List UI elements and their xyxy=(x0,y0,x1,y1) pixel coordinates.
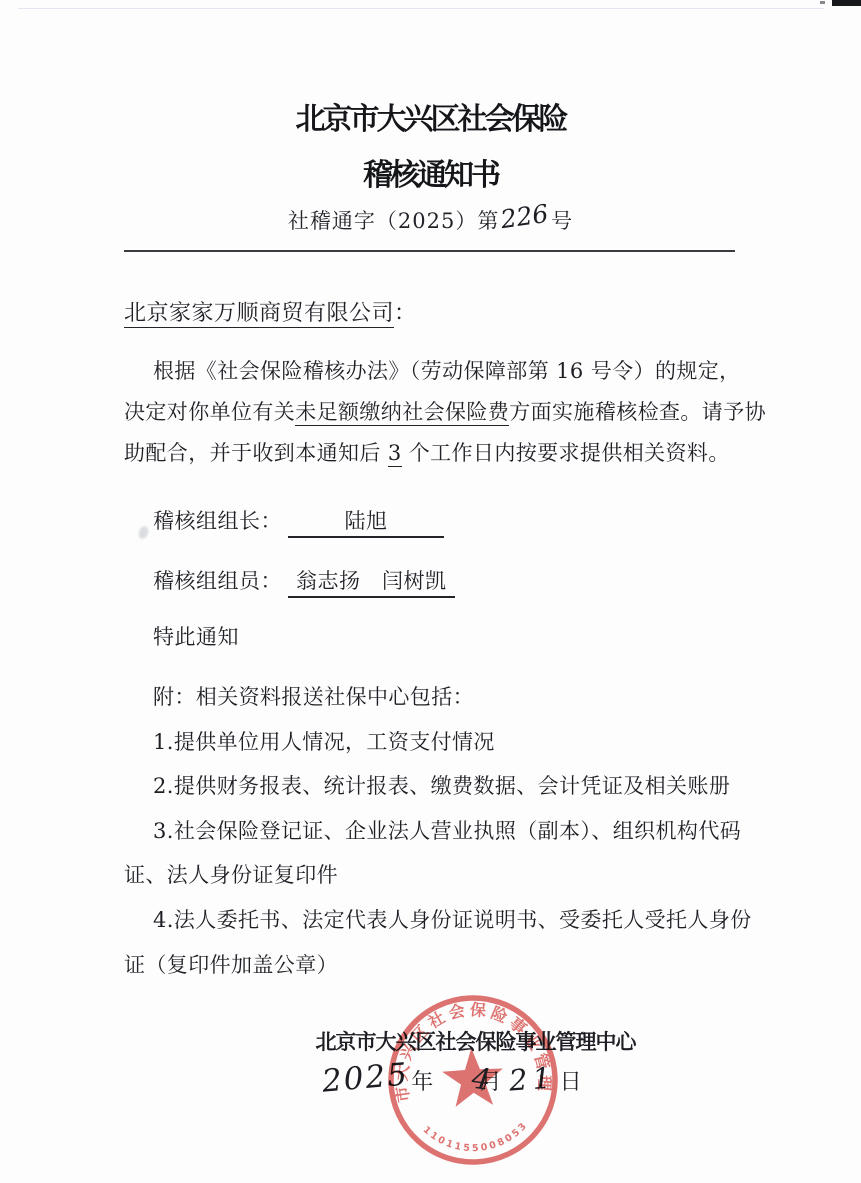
recipient-colon: ： xyxy=(394,301,417,326)
audit-leader-name: 陆旭 xyxy=(345,509,388,533)
paragraph-text: 个工作日内按要求提供相关资料。 xyxy=(402,441,730,465)
attachment-item-4-line-1: 4.法人委托书、法定代表人身份证说明书、受委托人受托人身份 xyxy=(124,898,744,943)
audit-members-names-underline: 翁志扬 闫树凯 xyxy=(288,565,455,598)
audit-members-names: 翁志扬 闫树凯 xyxy=(296,569,447,593)
attachment-item-2: 2.提供财务报表、统计报表、缴费数据、会计凭证及相关账册 xyxy=(124,764,744,809)
scan-edge-line xyxy=(18,8,824,9)
audit-members-label: 稽核组组员： xyxy=(153,569,282,593)
paragraph-line-1: 根据《社会保险稽核办法》（劳动保障部第 16 号令）的规定， xyxy=(124,351,742,392)
attachment-item-1: 1.提供单位用人情况，工资支付情况 xyxy=(124,720,744,765)
paragraph-text: 助配合，并于收到本通知后 xyxy=(124,441,388,465)
paragraph-text: 方面实施稽核检查。请予协 xyxy=(509,400,766,424)
paragraph-text: 决定对你单位有关 xyxy=(124,400,295,424)
closing-notice: 特此通知 xyxy=(124,621,239,651)
scanned-notice-page: 北京市大兴区社会保险 稽核通知书 社稽通字（2025）第226号 北京家家万顺商… xyxy=(0,0,861,1183)
underlined-audit-subject: 未足额缴纳社会保险费 xyxy=(295,400,509,426)
underlined-working-days: 3 xyxy=(388,441,402,467)
paragraph-line-2: 决定对你单位有关未足额缴纳社会保险费方面实施稽核检查。请予协 xyxy=(124,392,742,433)
audit-leader-label: 稽核组组长： xyxy=(153,509,282,533)
handwritten-document-number: 226 xyxy=(499,199,550,234)
audit-leader-line: 稽核组组长：陆旭 xyxy=(124,505,444,538)
attachment-item-3-line-2: 证、法人身份证复印件 xyxy=(124,853,744,898)
paragraph-line-3: 助配合，并于收到本通知后 3 个工作日内按要求提供相关资料。 xyxy=(124,433,742,474)
document-number-suffix: 号 xyxy=(551,209,573,233)
attachment-title: 附：相关资料报送社保中心包括： xyxy=(124,675,744,720)
scan-corner-speck xyxy=(820,1,825,4)
document-number-line: 社稽通字（2025）第226号 xyxy=(0,205,861,235)
attachment-item-4-line-2: 证（复印件加盖公章） xyxy=(124,943,744,988)
header-divider-rule xyxy=(124,250,735,252)
document-title-line1: 北京市大兴区社会保险 xyxy=(0,94,861,138)
audit-leader-name-underline: 陆旭 xyxy=(288,505,444,538)
attachment-section: 附：相关资料报送社保中心包括： 1.提供单位用人情况，工资支付情况 2.提供财务… xyxy=(124,675,744,987)
recipient-company-name: 北京家家万顺商贸有限公司 xyxy=(124,301,394,328)
document-number-prefix: 社稽通字（2025）第 xyxy=(288,209,499,233)
attachment-item-3-line-1: 3.社会保险登记证、企业法人营业执照（副本）、组织机构代码 xyxy=(124,809,744,854)
body-paragraph: 根据《社会保险稽核办法》（劳动保障部第 16 号令）的规定， 决定对你单位有关未… xyxy=(124,351,742,474)
scan-corner-mark xyxy=(832,0,861,6)
audit-members-line: 稽核组组员：翁志扬 闫树凯 xyxy=(124,565,455,598)
document-title-line2: 稽核通知书 xyxy=(0,150,861,194)
recipient-line: 北京家家万顺商贸有限公司： xyxy=(124,296,417,327)
paragraph-text: 根据《社会保险稽核办法》（劳动保障部第 16 号令）的规定， xyxy=(153,359,741,383)
